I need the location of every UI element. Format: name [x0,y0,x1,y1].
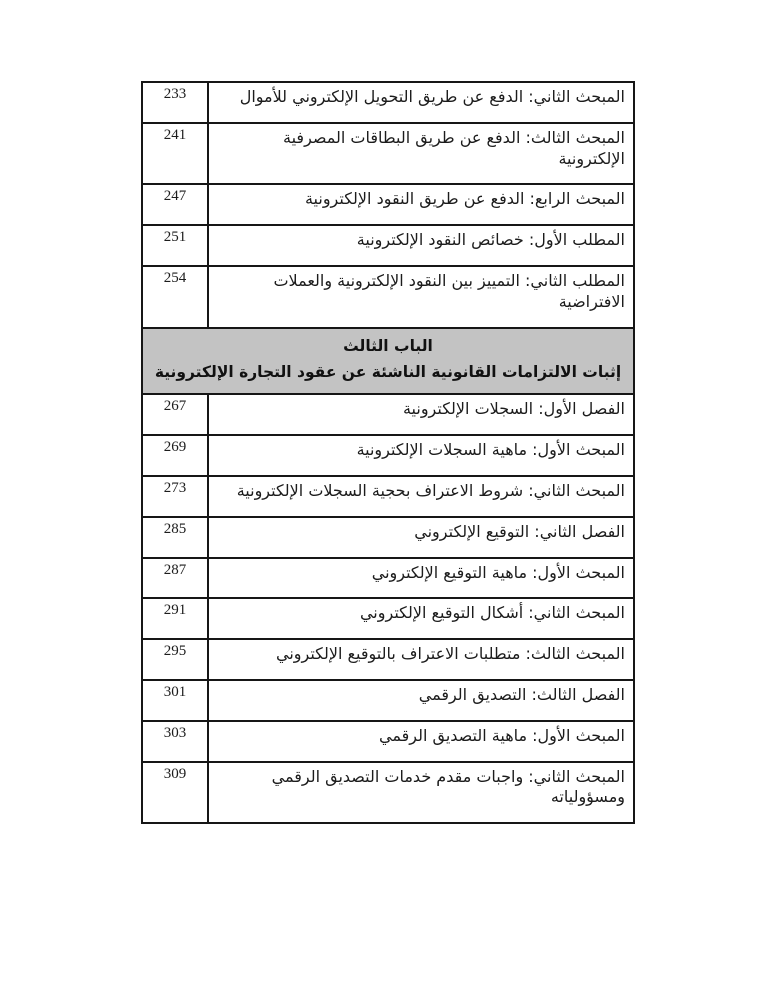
toc-row: المبحث الأول: ماهية التوقيع الإلكتروني 2… [142,558,634,599]
toc-row: المبحث الأول: ماهية التصديق الرقمي 303 [142,721,634,762]
toc-entry-page-number: 285 [142,517,208,558]
toc-row: المطلب الثاني: التمييز بين النقود الإلكت… [142,266,634,328]
toc-entry-title: المبحث الأول: ماهية التوقيع الإلكتروني [208,558,634,599]
toc-part-header: الباب الثالث إثبات الالتزامات القانونية … [142,328,634,395]
toc-entry-page-number: 273 [142,476,208,517]
toc-row: المبحث الثاني: واجبات مقدم خدمات التصديق… [142,762,634,824]
toc-table: المبحث الثاني: الدفع عن طريق التحويل الإ… [141,81,635,824]
part-subtitle: إثبات الالتزامات القانونية الناشئة عن عق… [149,362,627,383]
toc-row: الفصل الأول: السجلات الإلكترونية 267 [142,394,634,435]
toc-entry-title: المبحث الثاني: واجبات مقدم خدمات التصديق… [208,762,634,824]
toc-entry-page-number: 241 [142,123,208,185]
toc-entry-title: المبحث الثاني: شروط الاعتراف بحجية السجل… [208,476,634,517]
toc-row: المبحث الثاني: شروط الاعتراف بحجية السجل… [142,476,634,517]
toc-row: المبحث الثالث: متطلبات الاعتراف بالتوقيع… [142,639,634,680]
toc-row: المبحث الأول: ماهية السجلات الإلكترونية … [142,435,634,476]
toc-entry-page-number: 251 [142,225,208,266]
toc-entry-page-number: 233 [142,82,208,123]
toc-entry-page-number: 295 [142,639,208,680]
toc-part-header-row: الباب الثالث إثبات الالتزامات القانونية … [142,328,634,395]
toc-row: المبحث الثالث: الدفع عن طريق البطاقات ال… [142,123,634,185]
toc-entry-page-number: 303 [142,721,208,762]
toc-entry-title: المبحث الأول: ماهية السجلات الإلكترونية [208,435,634,476]
toc-entry-title: المبحث الثاني: الدفع عن طريق التحويل الإ… [208,82,634,123]
toc-entry-title: المبحث الثالث: متطلبات الاعتراف بالتوقيع… [208,639,634,680]
toc-entry-page-number: 267 [142,394,208,435]
toc-entry-title: المبحث الرابع: الدفع عن طريق النقود الإل… [208,184,634,225]
part-title: الباب الثالث [149,336,627,357]
document-page: المبحث الثاني: الدفع عن طريق التحويل الإ… [0,0,772,1000]
toc-entry-title: المبحث الأول: ماهية التصديق الرقمي [208,721,634,762]
toc-entry-page-number: 247 [142,184,208,225]
toc-entry-page-number: 287 [142,558,208,599]
toc-row: المبحث الثاني: أشكال التوقيع الإلكتروني … [142,598,634,639]
toc-row: الفصل الثالث: التصديق الرقمي 301 [142,680,634,721]
toc-entry-title: الفصل الثالث: التصديق الرقمي [208,680,634,721]
toc-entry-title: المبحث الثالث: الدفع عن طريق البطاقات ال… [208,123,634,185]
toc-body: المبحث الثاني: الدفع عن طريق التحويل الإ… [142,82,634,823]
toc-entry-page-number: 309 [142,762,208,824]
toc-entry-title: الفصل الثاني: التوقيع الإلكتروني [208,517,634,558]
toc-entry-page-number: 254 [142,266,208,328]
toc-entry-page-number: 291 [142,598,208,639]
toc-entry-title: المطلب الأول: خصائص النقود الإلكترونية [208,225,634,266]
toc-row: المطلب الأول: خصائص النقود الإلكترونية 2… [142,225,634,266]
toc-row: المبحث الرابع: الدفع عن طريق النقود الإل… [142,184,634,225]
toc-entry-title: الفصل الأول: السجلات الإلكترونية [208,394,634,435]
toc-entry-page-number: 301 [142,680,208,721]
toc-entry-page-number: 269 [142,435,208,476]
toc-row: المبحث الثاني: الدفع عن طريق التحويل الإ… [142,82,634,123]
toc-row: الفصل الثاني: التوقيع الإلكتروني 285 [142,517,634,558]
toc-entry-title: المطلب الثاني: التمييز بين النقود الإلكت… [208,266,634,328]
toc-entry-title: المبحث الثاني: أشكال التوقيع الإلكتروني [208,598,634,639]
